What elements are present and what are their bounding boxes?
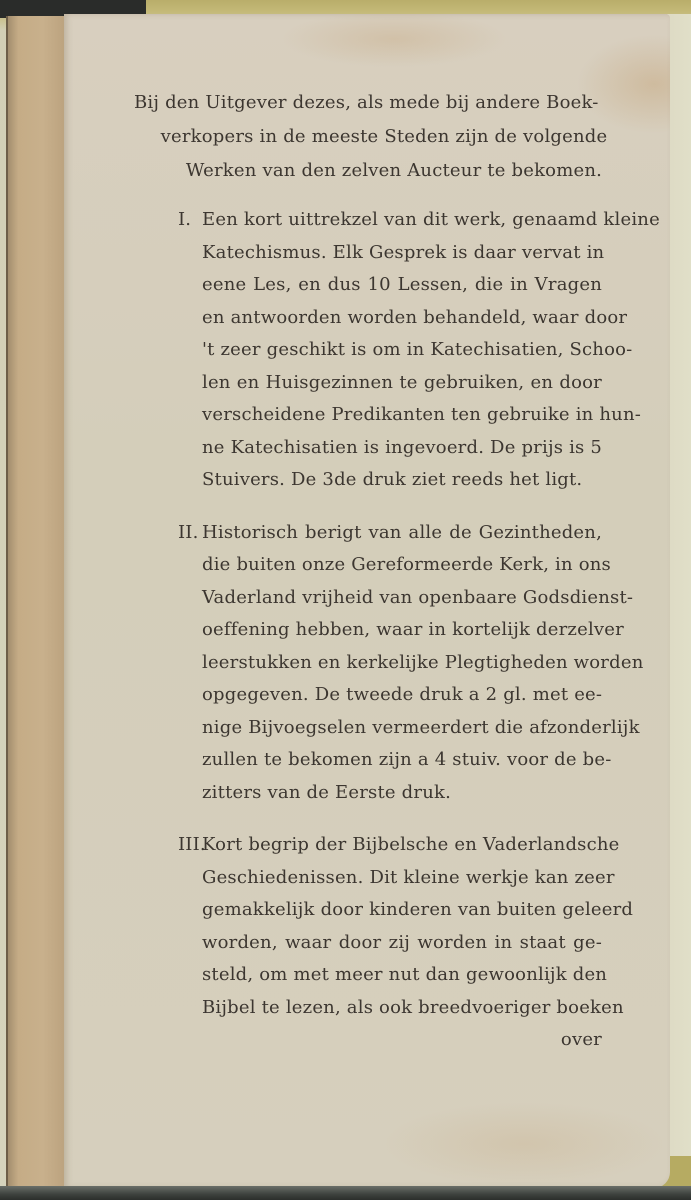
right-edge-strip <box>667 14 691 1184</box>
entry-line: Historisch berigt van alle de Gezinthede… <box>202 517 602 550</box>
book-spine-strip <box>6 16 66 1186</box>
intro-line: Werken van den zelven Aucteur te bekomen… <box>134 154 614 188</box>
entry-numeral: III. <box>178 829 206 862</box>
intro-line: Bij den Uitgever dezes, als mede bij and… <box>134 86 614 120</box>
entry-numeral: I. <box>178 204 191 237</box>
entry-line: oeffening hebben, waar in kortelijk derz… <box>202 614 602 647</box>
catchword: over <box>202 1024 602 1057</box>
entry-line: 't zeer geschikt is om in Katechisatien,… <box>202 334 602 367</box>
entry-line: Een kort uittrekzel van dit werk, genaam… <box>202 204 602 237</box>
entry-line: die buiten onze Gereformeerde Kerk, in o… <box>202 549 602 582</box>
entry-line: ne Katechisatien is ingevoerd. De prijs … <box>202 432 602 465</box>
entry-line: nige Bijvoegselen vermeerdert die afzond… <box>202 712 602 745</box>
entry-line: zitters van de Eerste druk. <box>202 777 602 810</box>
intro-paragraph: Bij den Uitgever dezes, als mede bij and… <box>134 86 614 188</box>
entry-line: Bijbel te lezen, als ook breedvoeriger b… <box>202 992 602 1025</box>
entry-body: Historisch berigt van alle de Gezinthede… <box>202 517 602 810</box>
entry-body: Een kort uittrekzel van dit werk, genaam… <box>202 204 602 497</box>
entry-line: verscheidene Predikanten ten gebruike in… <box>202 399 602 432</box>
entry-line: eene Les, en dus 10 Lessen, die in Vrage… <box>202 269 602 302</box>
intro-line: verkopers in de meeste Steden zijn de vo… <box>134 120 614 154</box>
entry-2: II. Historisch berigt van alle de Gezint… <box>134 517 634 810</box>
entry-line: worden, waar door zij worden in staat ge… <box>202 927 602 960</box>
entry-line: zullen te bekomen zijn a 4 stuiv. voor d… <box>202 744 602 777</box>
book-page: Bij den Uitgever dezes, als mede bij and… <box>64 14 670 1188</box>
entry-line: Vaderland vrijheid van openbaare Godsdie… <box>202 582 602 615</box>
entry-line: Stuivers. De 3de druk ziet reeds het lig… <box>202 464 602 497</box>
entry-line: steld, om met meer nut dan gewoonlijk de… <box>202 959 602 992</box>
entry-line: len en Huisgezinnen te gebruiken, en doo… <box>202 367 602 400</box>
entry-3: III. Kort begrip der Bijbelsche en Vader… <box>134 829 634 1057</box>
entry-line: opgegeven. De tweede druk a 2 gl. met ee… <box>202 679 602 712</box>
entry-line: Kort begrip der Bijbelsche en Vaderlands… <box>202 829 602 862</box>
entry-numeral: II. <box>178 517 199 550</box>
entry-body: Kort begrip der Bijbelsche en Vaderlands… <box>202 829 602 1057</box>
entry-line: Geschiedenissen. Dit kleine werkje kan z… <box>202 862 602 895</box>
entry-line: en antwoorden worden behandeld, waar doo… <box>202 302 602 335</box>
dark-bottom-edge <box>0 1186 691 1200</box>
entry-line: leerstukken en kerkelijke Plegtigheden w… <box>202 647 602 680</box>
entry-1: I. Een kort uittrekzel van dit werk, gen… <box>134 204 634 497</box>
entry-line: Katechismus. Elk Gesprek is daar vervat … <box>202 237 602 270</box>
entry-line: gemakkelijk door kinderen van buiten gel… <box>202 894 602 927</box>
page-text: Bij den Uitgever dezes, als mede bij and… <box>134 86 634 1077</box>
